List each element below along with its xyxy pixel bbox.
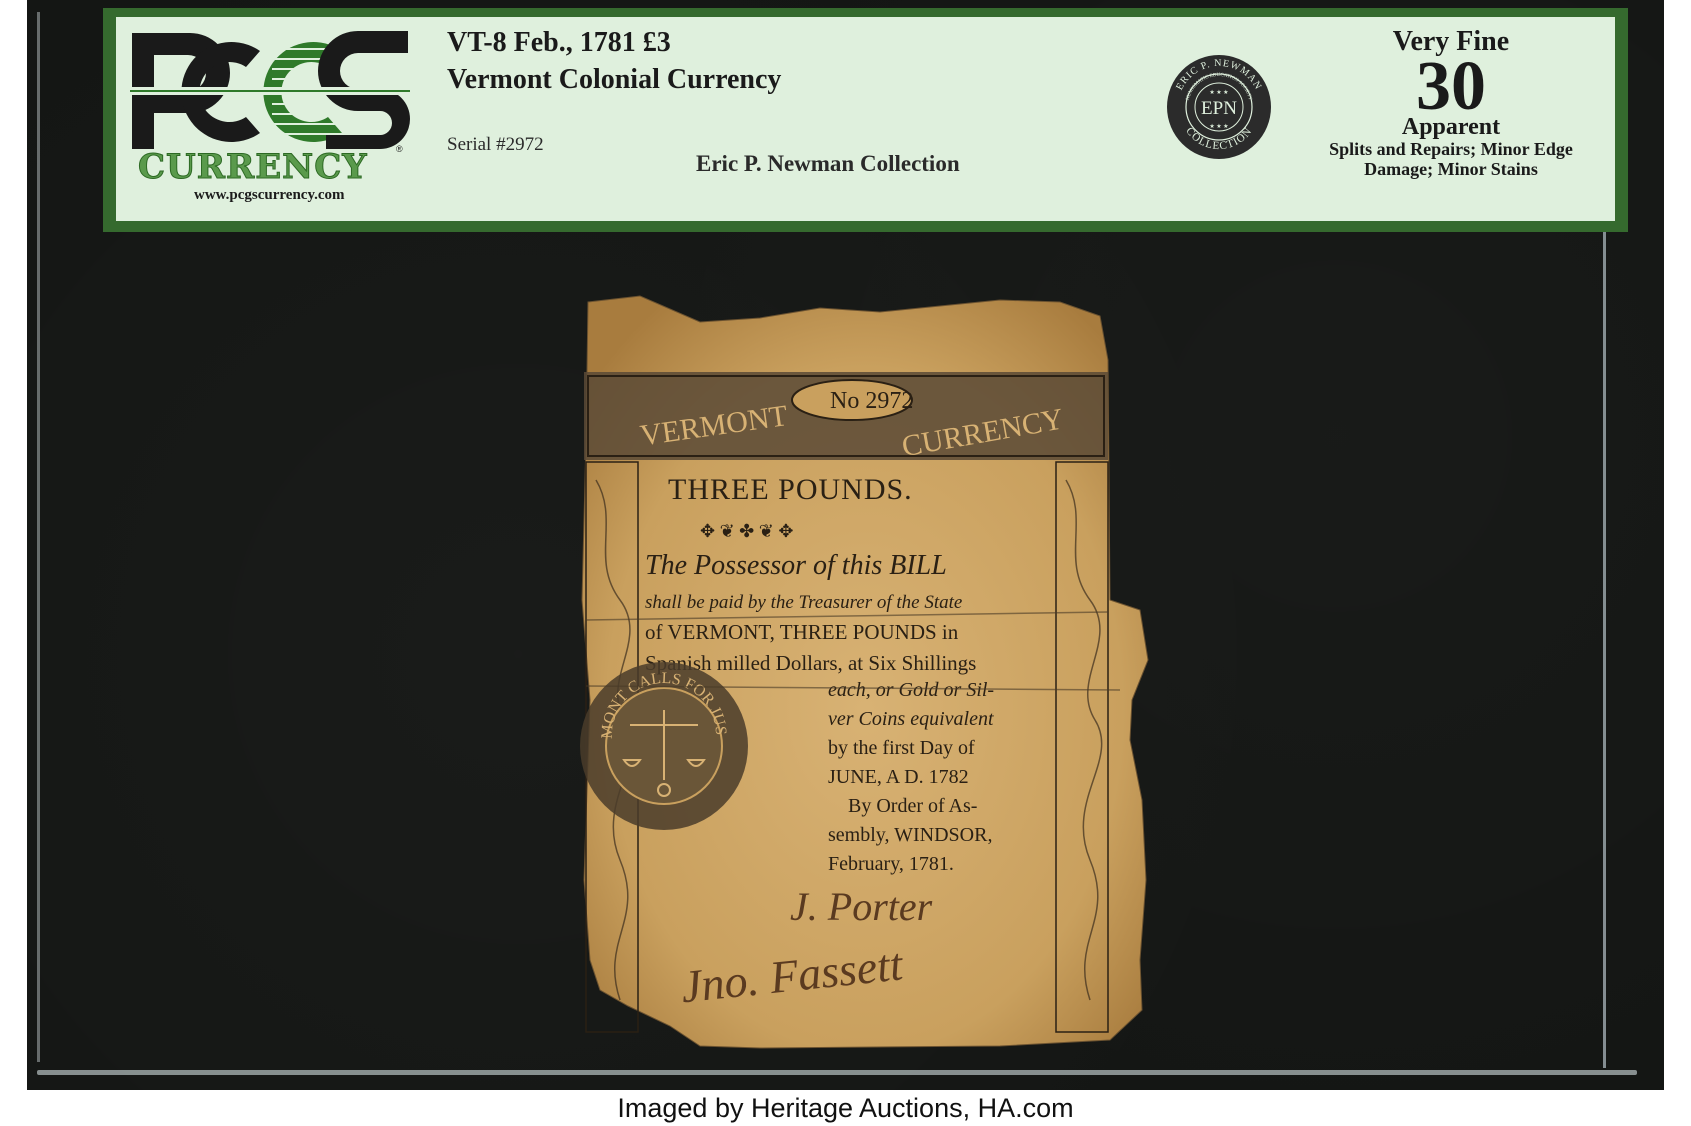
serial-number: Serial #2972 (447, 134, 544, 156)
holder-edge-bottom (37, 1070, 1637, 1075)
svg-text:EPN: EPN (1201, 98, 1237, 119)
grade-block: Very Fine 30 Apparent Splits and Repairs… (1298, 27, 1604, 179)
pedigree-text: Eric P. Newman Collection (696, 151, 960, 177)
svg-text:★ ★ ★: ★ ★ ★ (1209, 89, 1228, 96)
holder-edge-left (37, 12, 40, 1062)
image-credit-caption: Imaged by Heritage Auctions, HA.com (0, 1092, 1691, 1124)
svg-text:★ ★ ★: ★ ★ ★ (1209, 123, 1228, 130)
grade-comments-line2: Damage; Minor Stains (1298, 159, 1604, 179)
grade-comments-line1: Splits and Repairs; Minor Edge (1298, 139, 1604, 159)
pcgs-logo-icon: ® (130, 29, 410, 154)
grade-qualifier: Apparent (1298, 115, 1604, 139)
grade-number: 30 (1298, 59, 1604, 115)
svg-text:®: ® (396, 144, 403, 154)
grading-label-panel: ® CURRENCY www.pcgscurrency.com VT-8 Feb… (116, 17, 1615, 221)
pcgs-url: www.pcgscurrency.com (194, 187, 345, 204)
catalog-title: VT-8 Feb., 1781 £3 (447, 27, 671, 59)
catalog-subtitle: Vermont Colonial Currency (447, 64, 781, 96)
grading-label: ® CURRENCY www.pcgscurrency.com VT-8 Feb… (103, 8, 1628, 232)
holder-slab: ® CURRENCY www.pcgscurrency.com VT-8 Feb… (27, 0, 1664, 1090)
epn-seal-icon: ERIC P. NEWMAN COLLECTION NUMISMATIC EDU… (1166, 54, 1272, 160)
currency-wordmark: CURRENCY (138, 150, 368, 184)
